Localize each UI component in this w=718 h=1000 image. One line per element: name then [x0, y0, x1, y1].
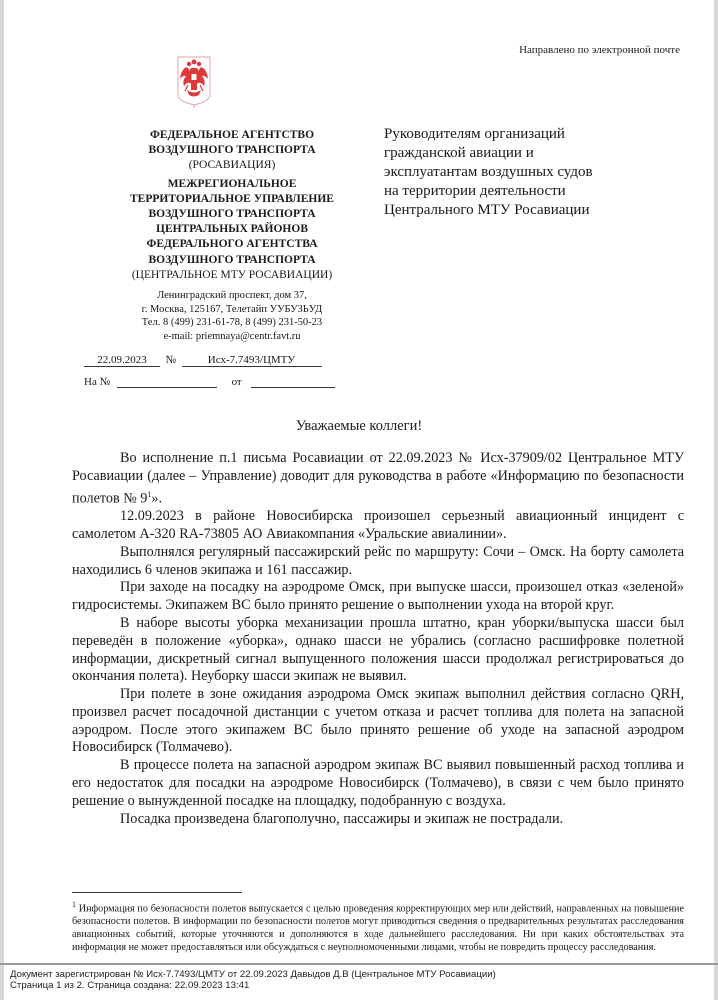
body-paragraph: Выполнялся регулярный пассажирский рейс …: [72, 544, 684, 580]
page-border-right: [714, 0, 718, 1000]
body-paragraph: Во исполнение п.1 письма Росавиации от 2…: [72, 450, 684, 508]
addressee-line: Руководителям организаций: [384, 125, 704, 144]
stamp-line-page-info: Страница 1 из 2. Страница создана: 22.09…: [10, 980, 496, 991]
addressee-line: гражданской авиации и: [384, 144, 704, 163]
russian-coat-of-arms-icon: [176, 55, 212, 109]
greeting: Уважаемые коллеги!: [0, 418, 718, 435]
sender-address-line: г. Москва, 125167, Телетайп УУБУЗЬУД: [82, 303, 382, 317]
sender-org-line: (ЦЕНТРАЛЬНОЕ МТУ РОСАВИАЦИИ): [82, 268, 382, 283]
sent-by-email-note: Направлено по электронной почте: [0, 44, 680, 56]
outgoing-number: Исх-7.7493/ЦМТУ: [182, 354, 322, 367]
reference-number-field: [117, 375, 217, 388]
sender-org-line: ВОЗДУШНОГО ТРАНСПОРТА: [82, 143, 382, 158]
addressee-line: Центрального МТУ Росавиации: [384, 201, 704, 220]
sender-org-line: ВОЗДУШНОГО ТРАНСПОРТА: [82, 253, 382, 268]
body-paragraph: В процессе полета на запасной аэродром э…: [72, 757, 684, 810]
outgoing-date: 22.09.2023: [84, 354, 160, 367]
registration-stamp: Документ зарегистрирован № Исх-7.7493/ЦМ…: [10, 969, 496, 991]
sender-organization-block: ФЕДЕРАЛЬНОЕ АГЕНТСТВОВОЗДУШНОГО ТРАНСПОР…: [82, 128, 382, 343]
body-paragraph: 12.09.2023 в районе Новосибирска произош…: [72, 508, 684, 544]
footnote-separator: [72, 892, 242, 893]
reference-registration-row: На № от: [84, 375, 335, 388]
sender-org-line: ТЕРРИТОРИАЛЬНОЕ УПРАВЛЕНИЕ: [82, 192, 382, 207]
addressee-line: эксплуатантам воздушных судов: [384, 163, 704, 182]
number-sign: №: [166, 354, 177, 366]
sender-org-line: МЕЖРЕГИОНАЛЬНОЕ: [82, 177, 382, 192]
sender-org-line: (РОСАВИАЦИЯ): [82, 158, 382, 173]
body-paragraph: При полете в зоне ожидания аэродрома Омс…: [72, 686, 684, 757]
reference-date-label: от: [232, 376, 242, 388]
sender-org-line: ЦЕНТРАЛЬНЫХ РАЙОНОВ: [82, 222, 382, 237]
sender-organization-name: ФЕДЕРАЛЬНОЕ АГЕНТСТВОВОЗДУШНОГО ТРАНСПОР…: [82, 128, 382, 283]
footnote: 1 Информация по безопасности полетов вып…: [72, 898, 684, 954]
reference-date-field: [251, 375, 335, 388]
body-paragraph: При заходе на посадку на аэродроме Омск,…: [72, 579, 684, 615]
page-border-left: [0, 0, 4, 1000]
addressee-block: Руководителям организацийгражданской ави…: [384, 125, 704, 220]
reference-number-label: На №: [84, 376, 110, 388]
sender-email: e-mail: priemnaya@centr.favt.ru: [82, 330, 382, 344]
sender-org-line: ВОЗДУШНОГО ТРАНСПОРТА: [82, 207, 382, 222]
letter-body: Во исполнение п.1 письма Росавиации от 2…: [72, 450, 684, 828]
body-paragraph: В наборе высоты уборка механизации прошл…: [72, 615, 684, 686]
sender-address-line: Тел. 8 (499) 231-61-78, 8 (499) 231-50-2…: [82, 316, 382, 330]
sender-address: Ленинградский проспект, дом 37,г. Москва…: [82, 289, 382, 343]
sender-org-line: ФЕДЕРАЛЬНОЕ АГЕНТСТВО: [82, 128, 382, 143]
outgoing-registration-row: 22.09.2023 № Исх-7.7493/ЦМТУ: [84, 354, 334, 367]
addressee-line: на территории деятельности: [384, 182, 704, 201]
sender-address-line: Ленинградский проспект, дом 37,: [82, 289, 382, 303]
stamp-line-registration: Документ зарегистрирован № Исх-7.7493/ЦМ…: [10, 969, 496, 980]
footnote-text: Информация по безопасности полетов выпус…: [72, 903, 684, 953]
body-paragraph: Посадка произведена благополучно, пассаж…: [72, 811, 684, 829]
registration-stamp-separator: [0, 963, 718, 965]
sender-org-line: ФЕДЕРАЛЬНОГО АГЕНТСТВА: [82, 237, 382, 252]
